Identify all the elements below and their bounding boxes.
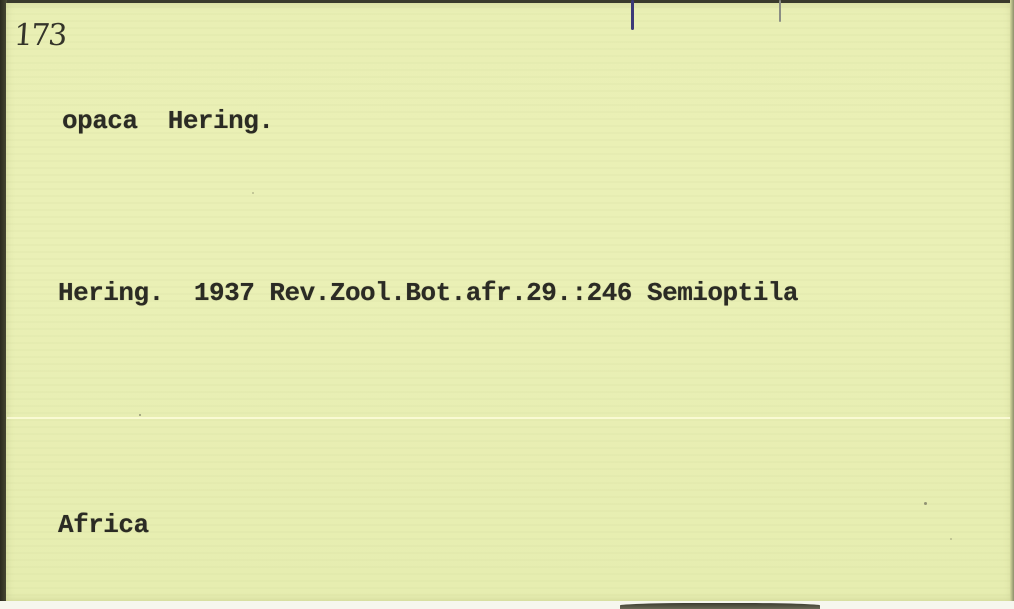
species-name-line: opaca Hering. bbox=[62, 106, 273, 136]
paper-speck bbox=[252, 192, 254, 194]
paper-speck bbox=[924, 502, 927, 505]
card-crease-line bbox=[7, 417, 1010, 419]
scan-bottom-edge bbox=[0, 601, 1014, 609]
paper-speck bbox=[950, 538, 952, 540]
scan-right-edge bbox=[1010, 0, 1014, 609]
paper-speck bbox=[139, 414, 141, 416]
bibliographic-reference-line: Hering. 1937 Rev.Zool.Bot.afr.29.:246 Se… bbox=[58, 278, 798, 308]
handwritten-card-number: 173 bbox=[13, 18, 67, 53]
region-line: Africa bbox=[58, 510, 149, 540]
grey-pen-mark bbox=[779, 0, 781, 22]
scan-bottom-shadow bbox=[620, 603, 820, 609]
blue-pen-mark bbox=[631, 0, 634, 30]
